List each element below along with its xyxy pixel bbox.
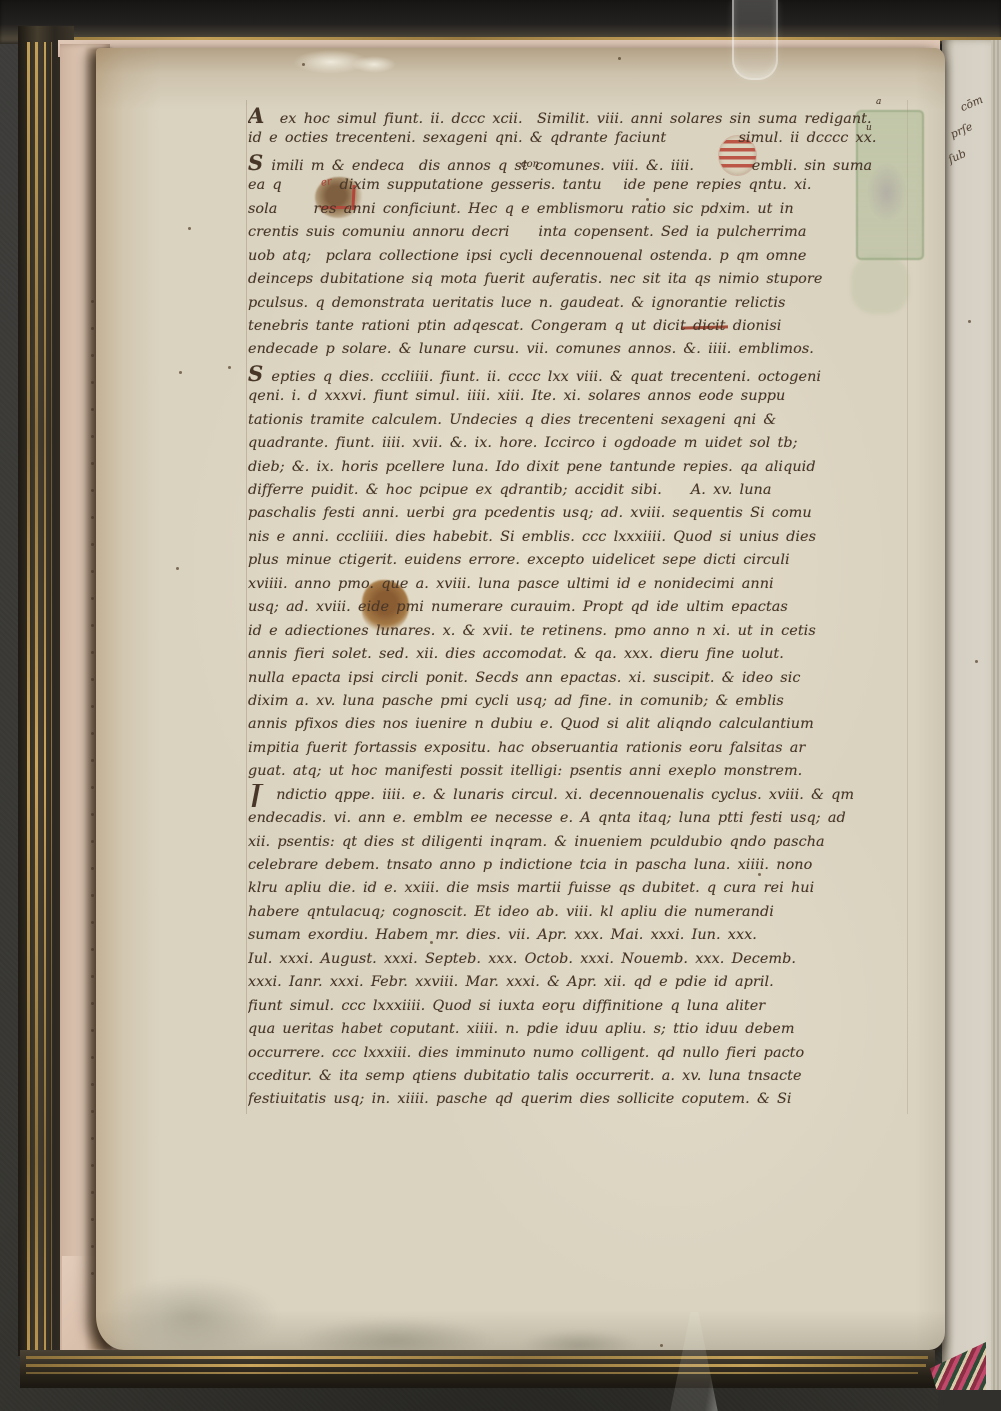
pricking-hole: [91, 1272, 94, 1275]
speck: [302, 63, 305, 66]
speck: [758, 873, 761, 876]
pricking-hole: [91, 1029, 94, 1032]
pricking-hole: [91, 894, 94, 897]
superscript-u: u: [866, 123, 872, 133]
facing-fragment-2: prſe: [948, 120, 974, 141]
pricking-hole: [91, 408, 94, 411]
speck: [228, 366, 231, 369]
pricking-hole: [91, 354, 94, 357]
speck: [176, 567, 179, 570]
facing-fragment-1: cōm: [958, 93, 984, 114]
pricking-hole: [91, 597, 94, 600]
pricking-hole: [91, 813, 94, 816]
pricking-hole: [91, 435, 94, 438]
speck: [968, 320, 971, 323]
manuscript-photograph: A ex hoc simul fiunt. ii. dccc xcii. Sim…: [0, 0, 1001, 1411]
overlay-layer: conauercōmprſeſub: [0, 0, 1001, 1411]
pricking-hole: [91, 759, 94, 762]
pricking-hole: [91, 651, 94, 654]
pricking-hole: [91, 327, 94, 330]
pricking-hole: [91, 1110, 94, 1113]
pricking-hole: [91, 381, 94, 384]
pricking-hole: [91, 786, 94, 789]
speck: [975, 660, 978, 663]
speck: [560, 1010, 563, 1013]
speck: [646, 198, 649, 201]
interlinear-con: con: [521, 159, 539, 170]
speck: [188, 227, 191, 230]
pricking-hole: [91, 840, 94, 843]
speck: [618, 57, 621, 60]
gold-fillet-bottom-1: [26, 1356, 928, 1359]
speck: [600, 492, 603, 495]
pricking-hole: [91, 1191, 94, 1194]
pricking-hole: [91, 705, 94, 708]
gold-fillet-bottom-2: [26, 1364, 926, 1367]
pricking-hole: [91, 516, 94, 519]
pricking-hole: [91, 489, 94, 492]
speck: [179, 371, 182, 374]
pricking-hole: [91, 867, 94, 870]
pricking-hole: [91, 1002, 94, 1005]
pricking-hole: [91, 462, 94, 465]
backdrop-corner: [938, 1390, 1001, 1411]
speck: [430, 941, 433, 944]
speck: [660, 1344, 663, 1347]
pricking-hole: [91, 732, 94, 735]
pricking-hole: [91, 300, 94, 303]
pricking-hole: [91, 975, 94, 978]
pricking-hole: [91, 624, 94, 627]
plastic-page-holder-top: [732, 0, 778, 80]
pricking-hole: [91, 1245, 94, 1248]
red-correction-er: er: [320, 176, 332, 189]
pricking-hole: [91, 543, 94, 546]
facing-fragment-3: ſub: [946, 147, 968, 166]
superscript-a: a: [876, 97, 881, 107]
pricking-hole: [91, 1164, 94, 1167]
pricking-hole: [91, 678, 94, 681]
pricking-hole: [91, 1218, 94, 1221]
gold-fillet-bottom-3: [26, 1372, 918, 1374]
pricking-hole: [91, 921, 94, 924]
pricking-hole: [91, 1056, 94, 1059]
pricking-hole: [91, 1083, 94, 1086]
pricking-hole: [91, 1137, 94, 1140]
pricking-hole: [91, 948, 94, 951]
pricking-hole: [91, 570, 94, 573]
